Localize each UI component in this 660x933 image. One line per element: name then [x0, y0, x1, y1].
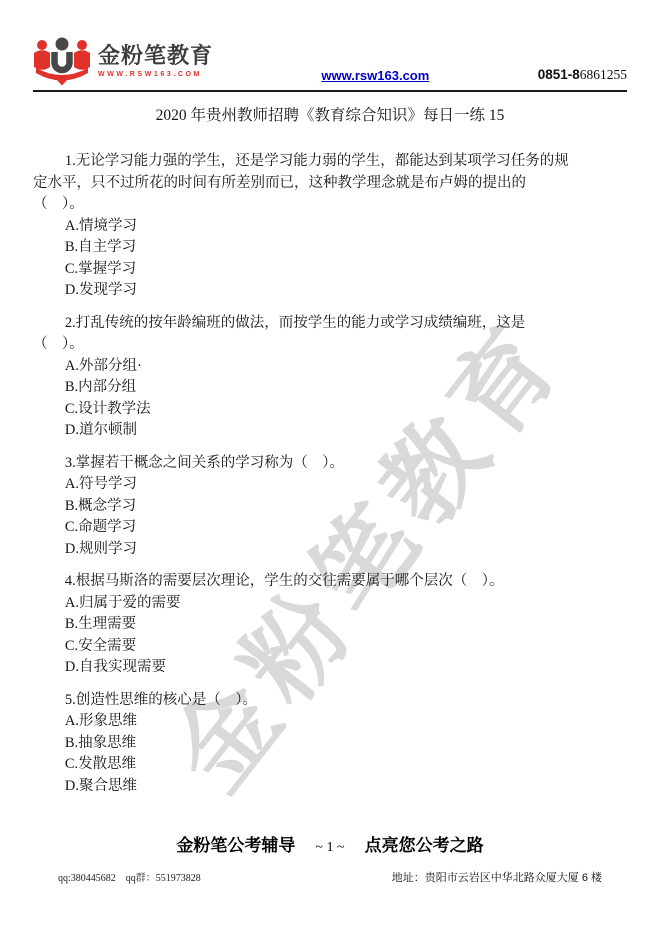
option-item: A.符号学习 — [33, 474, 627, 496]
brand-logo: 金粉笔教育 WWW.RSW163.COM — [33, 36, 213, 86]
question-list: 1.无论学习能力强的学生，还是学习能力弱的学生，都能达到某项学习任务的规 定水平… — [33, 151, 627, 797]
brand-text: 金粉笔教育 WWW.RSW163.COM — [98, 44, 213, 78]
contact-qq: qq:380445682 qq群：551973828 — [58, 869, 201, 884]
brand-name: 金粉笔教育 — [98, 44, 213, 68]
question-block-4: 4.根据马斯洛的需要层次理论，学生的交往需要属于哪个层次（ ）。 A.归属于爱的… — [33, 571, 627, 679]
option-item: C.设计教学法 — [33, 399, 627, 421]
option-item: B.生理需要 — [33, 614, 627, 636]
contact-address: 地址：贵阳市云岩区中华北路众厦大厦 6 楼 — [392, 869, 602, 885]
question-text-line: 定水平，只不过所花的时间有所差别而已，这种教学理念就是布卢姆的提出的 — [33, 173, 627, 195]
page-header: 金粉笔教育 WWW.RSW163.COM www.rsw163.com 0851… — [33, 0, 627, 86]
option-item: C.掌握学习 — [33, 259, 627, 281]
option-item: B.概念学习 — [33, 496, 627, 518]
document-page: 金粉笔教育 WWW.RSW163.COM www.rsw163.com 0851… — [0, 0, 660, 797]
option-item: C.安全需要 — [33, 636, 627, 658]
header-divider — [33, 90, 627, 92]
footer-brand: 金粉笔公考辅导 — [176, 836, 295, 855]
option-item: B.抽象思维 — [33, 733, 627, 755]
question-block-5: 5.创造性思维的核心是（ ）。 A.形象思维 B.抽象思维 C.发散思维 D.聚… — [33, 690, 627, 798]
option-item: A.情境学习 — [33, 216, 627, 238]
option-item: D.道尔顿制 — [33, 420, 627, 442]
footer-slogan: 点亮您公考之路 — [365, 836, 484, 855]
option-item: D.发现学习 — [33, 280, 627, 302]
question-text-line: （ ）。 — [33, 334, 627, 356]
website-link[interactable]: www.rsw163.com — [321, 68, 429, 83]
question-text-line: 4.根据马斯洛的需要层次理论，学生的交往需要属于哪个层次（ ）。 — [33, 571, 627, 593]
phone-prefix: 0851-8 — [538, 67, 580, 82]
question-text-line: 5.创造性思维的核心是（ ）。 — [33, 690, 627, 712]
phone-suffix: 6861255 — [580, 67, 627, 82]
footer-slogan-line: 金粉笔公考辅导~ 1 ~点亮您公考之路 — [0, 831, 660, 856]
question-text-line: 2.打乱传统的按年龄编班的做法，而按学生的能力或学习成绩编班，这是 — [33, 313, 627, 335]
question-block-1: 1.无论学习能力强的学生，还是学习能力弱的学生，都能达到某项学习任务的规 定水平… — [33, 151, 627, 302]
question-block-3: 3.掌握若干概念之间关系的学习称为（ ）。 A.符号学习 B.概念学习 C.命题… — [33, 453, 627, 561]
option-item: A.归属于爱的需要 — [33, 593, 627, 615]
doc-title: 2020 年贵州教师招聘《教育综合知识》每日一练 15 — [33, 103, 627, 125]
footer-contacts: qq:380445682 qq群：551973828 地址：贵阳市云岩区中华北路… — [0, 869, 660, 885]
phone-number: 0851-86861255 — [538, 67, 627, 83]
option-item: C.命题学习 — [33, 517, 627, 539]
option-item: A.形象思维 — [33, 711, 627, 733]
option-item: D.聚合思维 — [33, 776, 627, 798]
option-item: D.规则学习 — [33, 539, 627, 561]
brand-url-caption: WWW.RSW163.COM — [98, 71, 213, 78]
brand-logo-icon — [33, 36, 91, 86]
option-item: A.外部分组· — [33, 356, 627, 378]
option-item: D.自我实现需要 — [33, 657, 627, 679]
option-item: C.发散思维 — [33, 754, 627, 776]
option-item: B.自主学习 — [33, 237, 627, 259]
question-text-line: （ ）。 — [33, 194, 627, 216]
page-number: ~ 1 ~ — [295, 840, 364, 856]
question-text-line: 1.无论学习能力强的学生，还是学习能力弱的学生，都能达到某项学习任务的规 — [33, 151, 627, 173]
option-item: B.内部分组 — [33, 377, 627, 399]
question-block-2: 2.打乱传统的按年龄编班的做法，而按学生的能力或学习成绩编班，这是 （ ）。 A… — [33, 313, 627, 442]
question-text-line: 3.掌握若干概念之间关系的学习称为（ ）。 — [33, 453, 627, 475]
